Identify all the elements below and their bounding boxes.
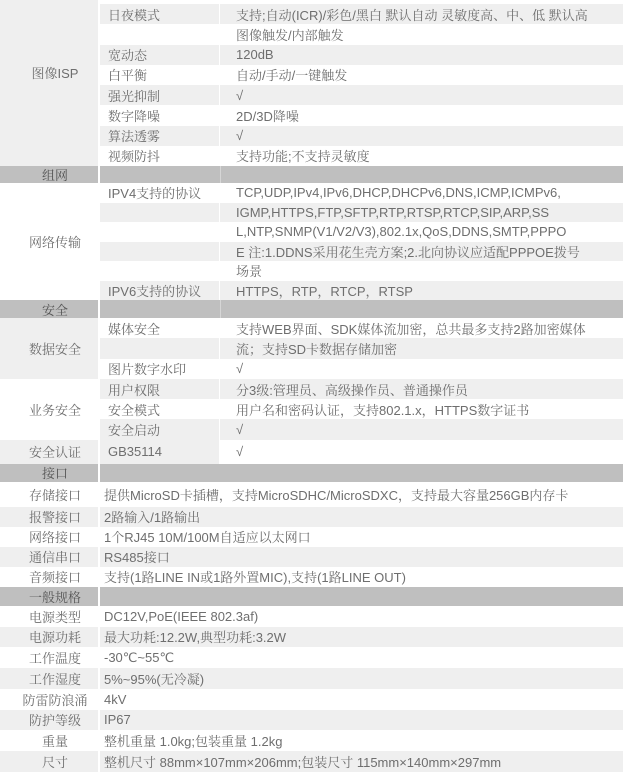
spec-value: IP67 xyxy=(100,712,623,727)
spec-name: 通信串口 xyxy=(0,547,100,567)
group-label: 数据安全 xyxy=(0,318,100,379)
spec-value: RS485接口 xyxy=(100,547,623,566)
spec-row: 工作湿度 5%~95%(无冷凝) xyxy=(0,668,623,689)
spec-row: 尺寸 整机尺寸 88mm×107mm×206mm;包装尺寸 115mm×140m… xyxy=(0,751,623,772)
spec-value: 场景 xyxy=(220,261,623,281)
spec-value: 自动/手动/一键触发 xyxy=(220,65,623,85)
spec-row: 电源功耗 最大功耗:12.2W,典型功耗:3.2W xyxy=(0,627,623,648)
spec-name: 视频防抖 xyxy=(100,146,220,166)
spec-value: 分3级:管理员、高级操作员、普通操作员 xyxy=(220,379,623,399)
spec-value: 支持;自动(ICR)/彩色/黑白 默认自动 灵敏度高、中、低 默认高 xyxy=(220,4,623,24)
spec-name: 安全启动 xyxy=(100,419,220,439)
spec-value: 支持(1路LINE IN或1路外置MIC),支持(1路LINE OUT) xyxy=(100,567,623,586)
spec-row: 重量 整机重量 1.0kg;包装重量 1.2kg xyxy=(0,730,623,751)
spec-row: 音频接口 支持(1路LINE IN或1路外置MIC),支持(1路LINE OUT… xyxy=(0,567,623,587)
spec-row: 图片数字水印 √ xyxy=(100,359,623,379)
spec-row-continued: 图像触发/内部触发 xyxy=(100,24,623,44)
spec-value: 2D/3D降噪 xyxy=(220,105,623,125)
spec-name: 防护等级 xyxy=(0,710,100,731)
spec-value: 图像触发/内部触发 xyxy=(220,24,623,44)
spec-value: 提供MicroSD卡插槽，支持MicroSDHC/MicroSDXC，支持最大容… xyxy=(100,485,623,504)
spec-row-continued: 流；支持SD卡数据存储加密 xyxy=(100,338,623,358)
spec-name: 存储接口 xyxy=(0,482,100,507)
spec-row: 媒体安全 支持WEB界面、SDK媒体流加密，总共最多支持2路加密媒体 xyxy=(100,318,623,338)
spec-row: 防护等级 IP67 xyxy=(0,710,623,731)
spec-row: 防雷防浪涌 4kV xyxy=(0,689,623,710)
spec-row: 安全模式 用户名和密码认证，支持802.1.x，HTTPS数字证书 xyxy=(100,399,623,419)
spec-row: 数字降噪 2D/3D降噪 xyxy=(100,105,623,125)
spec-row: 报警接口 2路输入/1路输出 xyxy=(0,507,623,527)
section-header-networking: 组网 xyxy=(0,166,623,183)
section-header-interfaces: 接口 xyxy=(0,464,623,482)
section-title: 接口 xyxy=(0,464,100,482)
spec-row-continued: 场景 xyxy=(100,261,623,281)
group-label: 图像ISP xyxy=(0,0,100,166)
spec-row: IPV6支持的协议 HTTPS，RTP，RTCP，RTSP xyxy=(100,281,623,301)
spec-name: 宽动态 xyxy=(100,45,220,65)
check-mark-icon: √ xyxy=(220,359,623,379)
spec-name: 媒体安全 xyxy=(100,318,220,338)
spec-value: L,NTP,SNMP(V1/V2/V3),802.1x,QoS,DDNS,SMT… xyxy=(220,222,623,242)
spec-value: IGMP,HTTPS,FTP,SFTP,RTP,RTSP,RTCP,SIP,AR… xyxy=(220,203,623,223)
spec-value: 整机尺寸 88mm×107mm×206mm;包装尺寸 115mm×140mm×2… xyxy=(100,752,623,771)
section-title: 一般规格 xyxy=(0,587,100,606)
spec-name: 白平衡 xyxy=(100,65,220,85)
spec-name: 工作温度 xyxy=(0,647,100,668)
spec-name: 报警接口 xyxy=(0,507,100,527)
spec-value: 整机重量 1.0kg;包装重量 1.2kg xyxy=(100,731,623,750)
spec-name: 防雷防浪涌 xyxy=(0,689,100,710)
spec-row: GB35114 √ xyxy=(100,440,623,464)
spec-name: 网络接口 xyxy=(0,527,100,547)
spec-row-continued: E 注:1.DDNS采用花生壳方案;2.北向协议应适配PPPOE拨号 xyxy=(100,242,623,262)
spec-row: 算法透雾 √ xyxy=(100,126,623,146)
spec-row-continued: IGMP,HTTPS,FTP,SFTP,RTP,RTSP,RTCP,SIP,AR… xyxy=(100,203,623,223)
spec-row: 宽动态 120dB xyxy=(100,45,623,65)
spec-row: IPV4支持的协议 TCP,UDP,IPv4,IPv6,DHCP,DHCPv6,… xyxy=(100,183,623,203)
spec-value: 支持功能;不支持灵敏度 xyxy=(220,146,623,166)
section-title: 组网 xyxy=(0,166,100,183)
spec-value: 5%~95%(无冷凝) xyxy=(100,669,623,688)
spec-row: 用户权限 分3级:管理员、高级操作员、普通操作员 xyxy=(100,379,623,399)
group-label: 业务安全 xyxy=(0,379,100,440)
spec-value: 120dB xyxy=(220,45,623,65)
section-header-security: 安全 xyxy=(0,300,623,318)
spec-row: 强光抑制 √ xyxy=(100,85,623,105)
check-mark-icon: √ xyxy=(220,85,623,105)
spec-row: 通信串口 RS485接口 xyxy=(0,547,623,567)
spec-value: DC12V,PoE(IEEE 802.3af) xyxy=(100,609,623,624)
spec-value: E 注:1.DDNS采用花生壳方案;2.北向协议应适配PPPOE拨号 xyxy=(220,242,623,262)
spec-name: 日夜模式 xyxy=(100,4,220,24)
spec-row: 网络接口 1个RJ45 10M/100M自适应以太网口 xyxy=(0,527,623,547)
spec-name: IPV6支持的协议 xyxy=(100,281,220,301)
group-label: 安全认证 xyxy=(0,440,100,464)
spec-name: 强光抑制 xyxy=(100,85,220,105)
spec-group-network-transport: 网络传输 IPV4支持的协议 TCP,UDP,IPv4,IPv6,DHCP,DH… xyxy=(0,183,623,300)
spec-value: 1个RJ45 10M/100M自适应以太网口 xyxy=(100,527,623,546)
spec-row: 工作温度 -30℃~55℃ xyxy=(0,647,623,668)
check-mark-icon: √ xyxy=(220,126,623,146)
spec-group-business-security: 业务安全 用户权限 分3级:管理员、高级操作员、普通操作员 安全模式 用户名和密… xyxy=(0,379,623,440)
spec-group-image-isp: 图像ISP 日夜模式 支持;自动(ICR)/彩色/黑白 默认自动 灵敏度高、中、… xyxy=(0,0,623,166)
section-header-general: 一般规格 xyxy=(0,587,623,606)
spec-value: 最大功耗:12.2W,典型功耗:3.2W xyxy=(100,627,623,646)
spec-name: GB35114 xyxy=(100,440,220,464)
spec-value: 2路输入/1路输出 xyxy=(100,507,623,526)
spec-value: 支持WEB界面、SDK媒体流加密，总共最多支持2路加密媒体 xyxy=(220,318,623,338)
check-mark-icon: √ xyxy=(220,419,623,439)
spec-name: 算法透雾 xyxy=(100,126,220,146)
spec-name: 电源类型 xyxy=(0,606,100,627)
spec-group-security-certification: 安全认证 GB35114 √ xyxy=(0,440,623,464)
spec-name: 用户权限 xyxy=(100,379,220,399)
spec-name: 重量 xyxy=(0,730,100,751)
spec-row-continued: L,NTP,SNMP(V1/V2/V3),802.1x,QoS,DDNS,SMT… xyxy=(100,222,623,242)
spec-name: 安全模式 xyxy=(100,399,220,419)
spec-value: 流；支持SD卡数据存储加密 xyxy=(220,338,623,358)
spec-name: 尺寸 xyxy=(0,751,100,772)
spec-name: 音频接口 xyxy=(0,567,100,587)
spec-row: 安全启动 √ xyxy=(100,419,623,439)
spec-row: 存储接口 提供MicroSD卡插槽，支持MicroSDHC/MicroSDXC，… xyxy=(0,482,623,507)
spec-row: 电源类型 DC12V,PoE(IEEE 802.3af) xyxy=(0,606,623,627)
check-mark-icon: √ xyxy=(220,440,623,464)
spec-row: 视频防抖 支持功能;不支持灵敏度 xyxy=(100,146,623,166)
spec-value: 用户名和密码认证，支持802.1.x，HTTPS数字证书 xyxy=(220,399,623,419)
spec-value: TCP,UDP,IPv4,IPv6,DHCP,DHCPv6,DNS,ICMP,I… xyxy=(220,183,623,203)
spec-table: 图像ISP 日夜模式 支持;自动(ICR)/彩色/黑白 默认自动 灵敏度高、中、… xyxy=(0,0,623,772)
spec-row: 白平衡 自动/手动/一键触发 xyxy=(100,65,623,85)
spec-name: IPV4支持的协议 xyxy=(100,183,220,203)
spec-name: 电源功耗 xyxy=(0,627,100,648)
spec-name: 图片数字水印 xyxy=(100,359,220,379)
spec-value: HTTPS，RTP，RTCP，RTSP xyxy=(220,281,623,301)
section-title: 安全 xyxy=(0,300,100,318)
group-label: 网络传输 xyxy=(0,183,100,300)
spec-value: 4kV xyxy=(100,692,623,707)
spec-value: -30℃~55℃ xyxy=(100,650,623,666)
spec-name: 工作湿度 xyxy=(0,668,100,689)
spec-name: 数字降噪 xyxy=(100,105,220,125)
spec-row: 日夜模式 支持;自动(ICR)/彩色/黑白 默认自动 灵敏度高、中、低 默认高 xyxy=(100,4,623,24)
spec-group-data-security: 数据安全 媒体安全 支持WEB界面、SDK媒体流加密，总共最多支持2路加密媒体 … xyxy=(0,318,623,379)
